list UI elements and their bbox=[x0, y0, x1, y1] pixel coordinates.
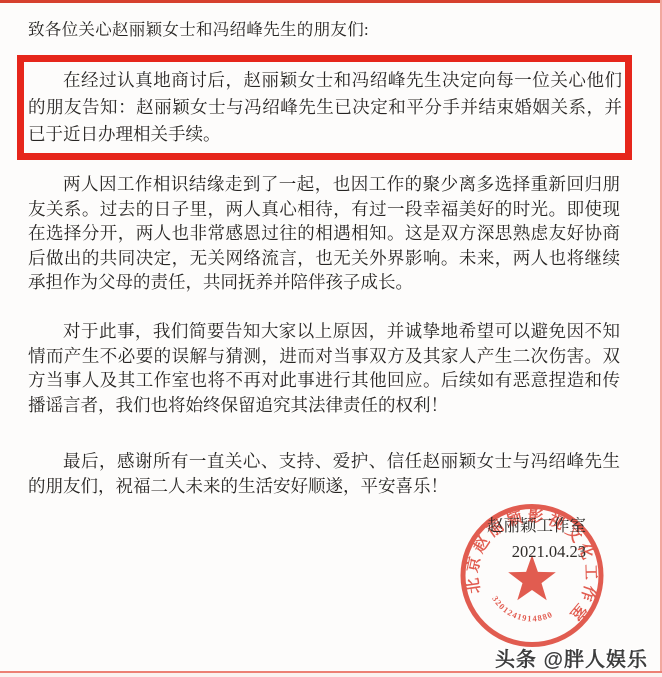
statement-body: 致各位关心赵丽颖女士和冯绍峰先生的朋友们: 在经过认真地商讨后，赵丽颖女士和冯绍… bbox=[0, 0, 662, 499]
paragraph-thanks: 最后，感谢所有一直关心、支持、爱护、信任赵丽颖女士与冯绍峰先生的朋友们，祝福二人… bbox=[28, 449, 620, 498]
red-highlight-box: 在经过认真地商讨后，赵丽颖女士和冯绍峰先生决定向每一位关心他们的朋友告知：赵丽颖… bbox=[17, 55, 632, 160]
stamp-serial-number: 3201241914880 bbox=[486, 592, 556, 631]
signature-name: 赵丽颖工作室 bbox=[487, 513, 586, 539]
paragraph-appeal: 对于此事，我们简要告知大家以上原因，并诚挚地希望可以避免因不知情而产生不必要的误… bbox=[28, 319, 620, 417]
watermark-label: 头条 @胖人娱乐 bbox=[495, 643, 648, 672]
signature-block: 赵丽颖工作室 2021.04.23 bbox=[487, 513, 586, 565]
highlighted-paragraph: 在经过认真地商讨后，赵丽颖女士和冯绍峰先生决定向每一位关心他们的朋友告知：赵丽颖… bbox=[28, 67, 622, 148]
signature-date: 2021.04.23 bbox=[487, 539, 586, 565]
statement-page: 致各位关心赵丽颖女士和冯绍峰先生的朋友们: 在经过认真地商讨后，赵丽颖女士和冯绍… bbox=[0, 0, 662, 499]
greeting-line: 致各位关心赵丽颖女士和冯绍峰先生的朋友们: bbox=[28, 17, 620, 42]
stamp-serial-textpath: 3201241914880 bbox=[486, 592, 556, 631]
paragraph-relationship: 两人因工作相识结缘走到了一起，也因工作的聚少离多选择重新回归朋友关系。过去的日子… bbox=[28, 172, 620, 295]
